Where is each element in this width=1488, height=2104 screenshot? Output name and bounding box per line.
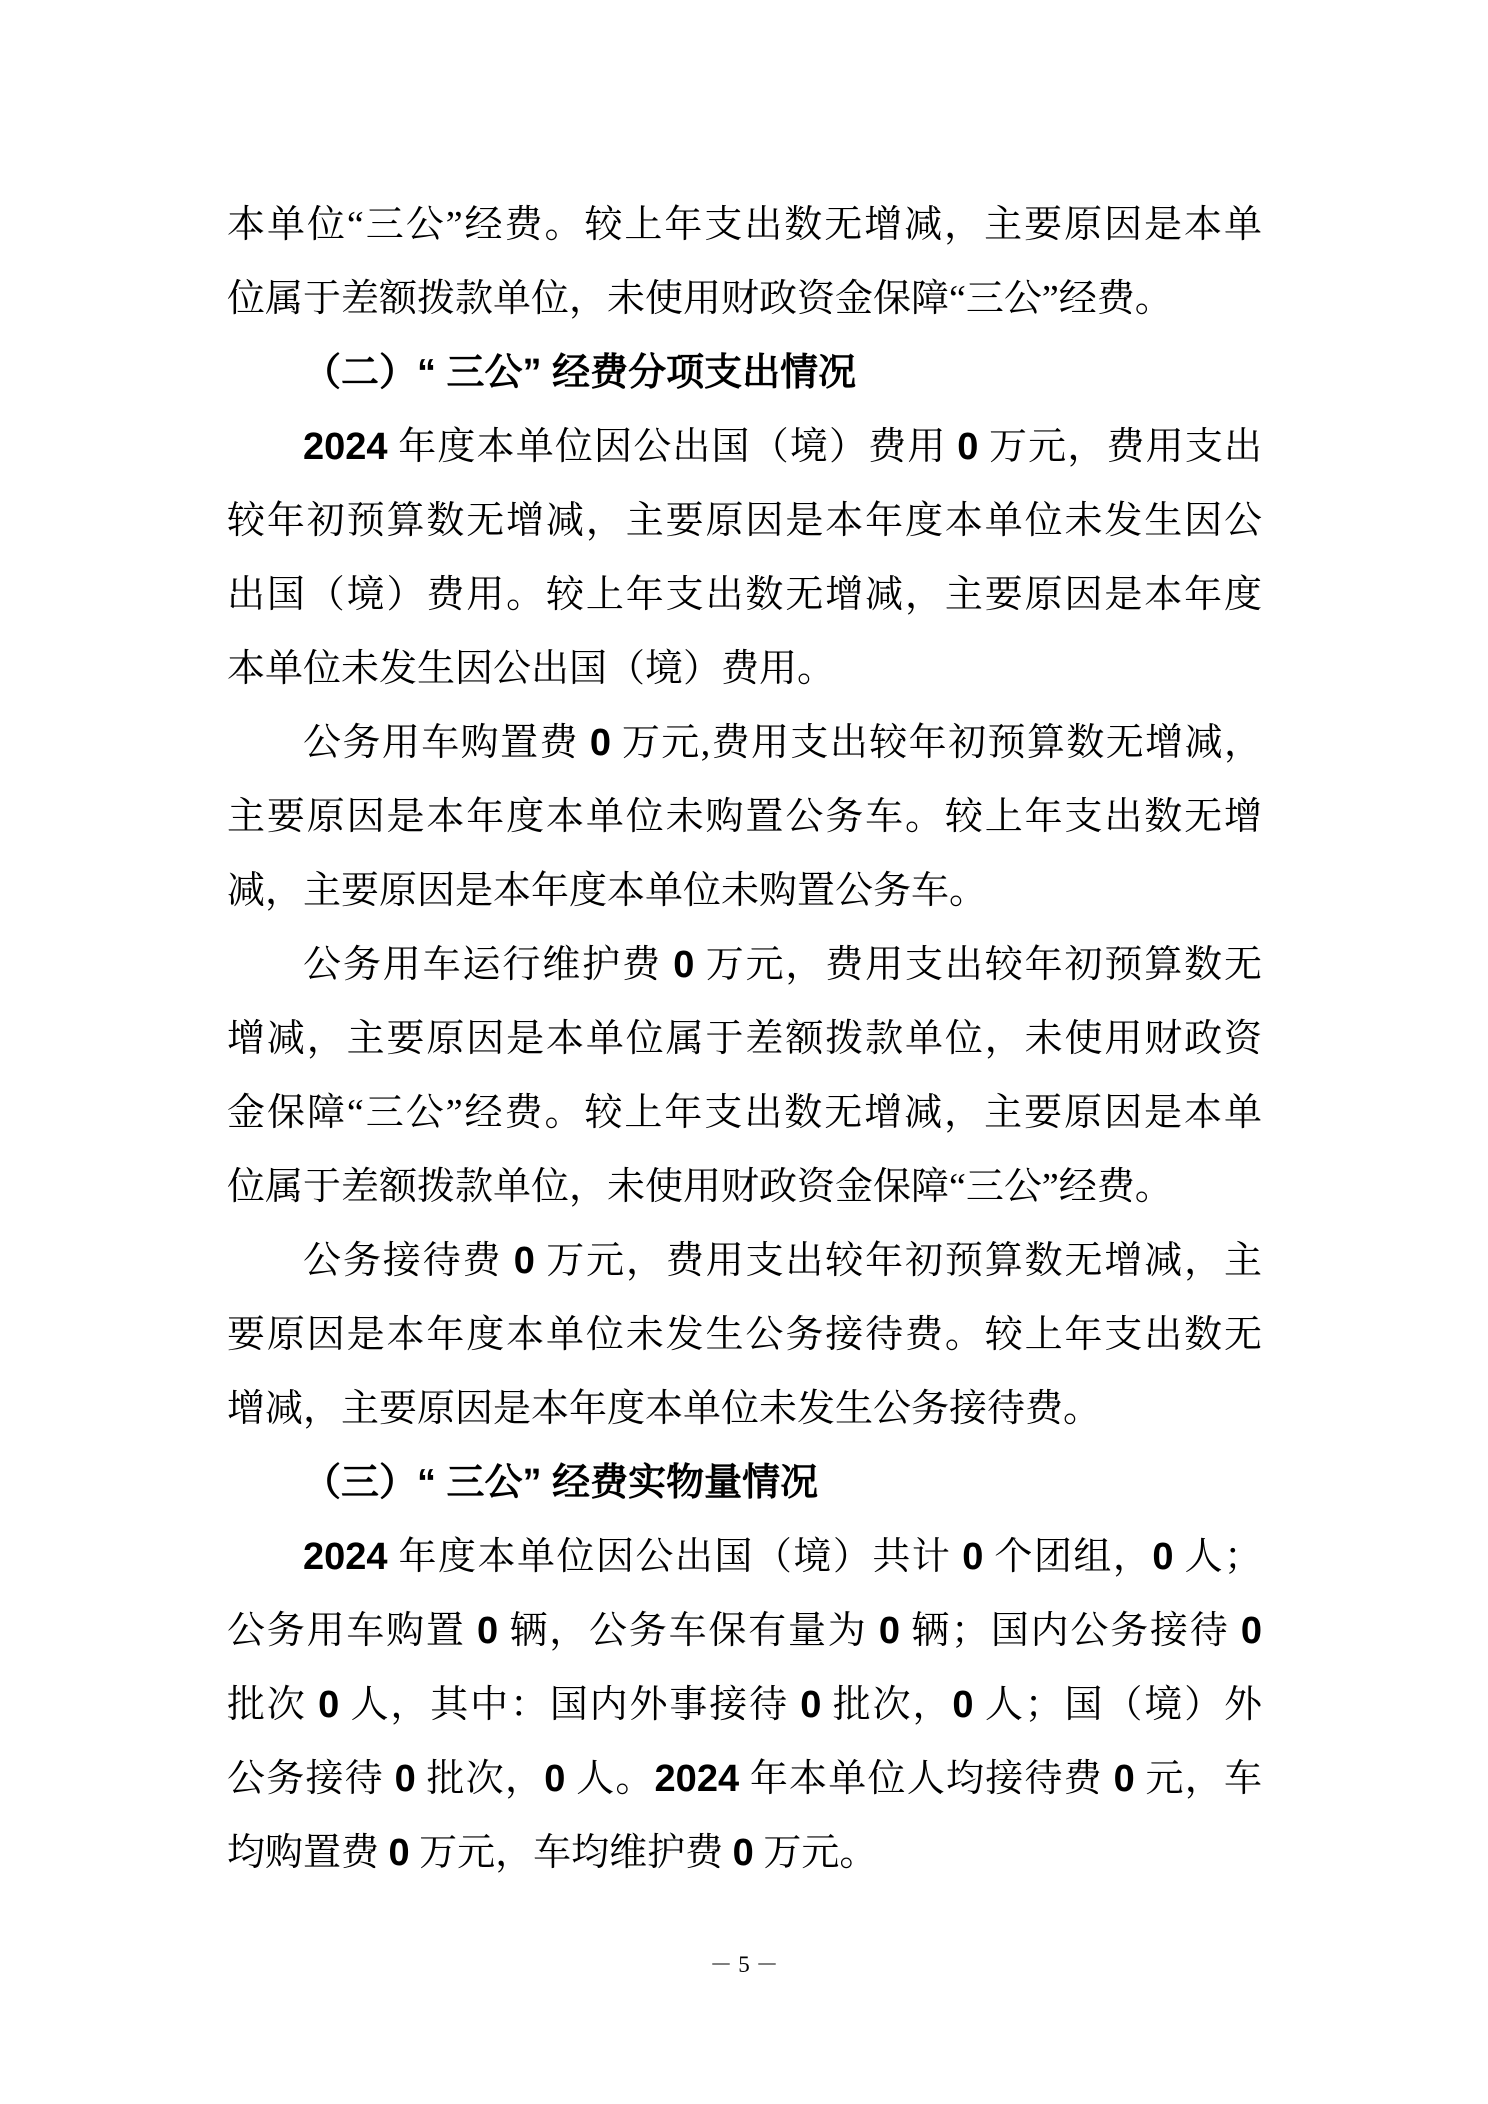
text-line: 较年初预算数无增减，主要原因是本年度本单位未发生因公	[227, 484, 1262, 558]
text-line: 出国（境）费用。较上年支出数无增减，主要原因是本年度	[227, 558, 1262, 632]
text-run: 辆，公务车保有量为	[498, 1610, 879, 1652]
text-run: 万元，费用支出较年初预算数无	[694, 944, 1262, 986]
numeral: 0	[318, 1684, 339, 1726]
text-run: 增减，主要原因是本单位属于差额拨款单位，未使用财政资	[227, 1018, 1262, 1060]
text-run: （二）“ 三公” 经费分项支出情况	[303, 352, 856, 394]
text-run: 万元，费用支出	[978, 426, 1262, 468]
text-line: 2024 年度本单位因公出国（境）费用 0 万元，费用支出	[227, 410, 1262, 484]
text-line: 公务用车购置费 0 万元,费用支出较年初预算数无增减，	[227, 706, 1262, 780]
numeral: 2024	[655, 1758, 740, 1800]
text-run: 公务接待费	[303, 1240, 514, 1282]
text-run: 万元,费用支出较年初预算数无增减，	[611, 722, 1262, 764]
text-line: 增减，主要原因是本单位属于差额拨款单位，未使用财政资	[227, 1002, 1262, 1076]
text-run: 公务用车购置费	[303, 722, 590, 764]
page-footer: － 5 －	[0, 1948, 1488, 1982]
numeral: 0	[514, 1240, 535, 1282]
text-line: 公务接待 0 批次，0 人。2024 年本单位人均接待费 0 元，车	[227, 1742, 1262, 1816]
text-line: 位属于差额拨款单位，未使用财政资金保障“三公”经费。	[227, 262, 1262, 336]
numeral: 0	[590, 722, 611, 764]
text-line: 本单位“三公”经费。较上年支出数无增减，主要原因是本单	[227, 188, 1262, 262]
text-run: 较年初预算数无增减，主要原因是本年度本单位未发生因公	[227, 500, 1262, 542]
text-run: 本单位“三公”经费。较上年支出数无增减，主要原因是本单	[227, 204, 1262, 246]
text-run: 万元，费用支出较年初预算数无增减，主	[535, 1240, 1262, 1282]
numeral: 0	[389, 1832, 410, 1874]
text-line: 批次 0 人，其中：国内外事接待 0 批次，0 人；国（境）外	[227, 1668, 1262, 1742]
text-run: 批次	[227, 1684, 318, 1726]
text-line: 公务用车购置 0 辆，公务车保有量为 0 辆；国内公务接待 0	[227, 1594, 1262, 1668]
text-line: 主要原因是本年度本单位未购置公务车。较上年支出数无增	[227, 780, 1262, 854]
numeral: 2024	[303, 1536, 388, 1578]
numeral: 0	[1152, 1536, 1173, 1578]
section-heading: （三）“ 三公” 经费实物量情况	[227, 1446, 1262, 1520]
numeral: 0	[395, 1758, 416, 1800]
text-block: 本单位“三公”经费。较上年支出数无增减，主要原因是本单位属于差额拨款单位，未使用…	[227, 188, 1262, 1890]
numeral: 0	[544, 1758, 565, 1800]
text-run: 要原因是本年度本单位未发生公务接待费。较上年支出数无	[227, 1314, 1262, 1356]
text-run: 年本单位人均接待费	[739, 1758, 1114, 1800]
document-page: 本单位“三公”经费。较上年支出数无增减，主要原因是本单位属于差额拨款单位，未使用…	[0, 0, 1488, 2104]
text-run: 万元。	[754, 1832, 878, 1874]
text-line: 要原因是本年度本单位未发生公务接待费。较上年支出数无	[227, 1298, 1262, 1372]
text-run: 公务接待	[227, 1758, 395, 1800]
numeral: 0	[1241, 1610, 1262, 1652]
text-run: 位属于差额拨款单位，未使用财政资金保障“三公”经费。	[227, 278, 1173, 320]
text-run: 金保障“三公”经费。较上年支出数无增减，主要原因是本单	[227, 1092, 1262, 1134]
text-run: 年度本单位因公出国（境）共计	[388, 1536, 963, 1578]
numeral: 0	[800, 1684, 821, 1726]
text-run: 辆；国内公务接待	[900, 1610, 1241, 1652]
numeral: 2024	[303, 426, 388, 468]
text-line: 增减，主要原因是本年度本单位未发生公务接待费。	[227, 1372, 1262, 1446]
text-run: 人；	[1174, 1536, 1262, 1578]
text-run: 人，其中：国内外事接待	[339, 1684, 800, 1726]
text-line: 均购置费 0 万元，车均维护费 0 万元。	[227, 1816, 1262, 1890]
numeral: 0	[1114, 1758, 1135, 1800]
text-line: 减，主要原因是本年度本单位未购置公务车。	[227, 854, 1262, 928]
numeral: 0	[733, 1832, 754, 1874]
text-run: 出国（境）费用。较上年支出数无增减，主要原因是本年度	[227, 574, 1262, 616]
text-run: 公务用车购置	[227, 1610, 477, 1652]
text-run: 批次，	[821, 1684, 952, 1726]
text-run: 人。	[565, 1758, 654, 1800]
section-heading: （二）“ 三公” 经费分项支出情况	[227, 336, 1262, 410]
text-run: 个团组，	[983, 1536, 1152, 1578]
text-run: 减，主要原因是本年度本单位未购置公务车。	[227, 870, 987, 912]
text-run: （三）“ 三公” 经费实物量情况	[303, 1462, 818, 1504]
text-run: 位属于差额拨款单位，未使用财政资金保障“三公”经费。	[227, 1166, 1173, 1208]
text-run: 均购置费	[227, 1832, 389, 1874]
page-number: － 5 －	[710, 1952, 779, 1977]
text-run: 批次，	[416, 1758, 544, 1800]
numeral: 0	[962, 1536, 983, 1578]
numeral: 0	[477, 1610, 498, 1652]
text-run: 万元，车均维护费	[410, 1832, 733, 1874]
numeral: 0	[957, 426, 978, 468]
text-run: 元，车	[1135, 1758, 1262, 1800]
text-run: 本单位未发生因公出国（境）费用。	[227, 648, 835, 690]
text-line: 公务用车运行维护费 0 万元，费用支出较年初预算数无	[227, 928, 1262, 1002]
text-line: 2024 年度本单位因公出国（境）共计 0 个团组，0 人；	[227, 1520, 1262, 1594]
numeral: 0	[673, 944, 694, 986]
text-run: 增减，主要原因是本年度本单位未发生公务接待费。	[227, 1388, 1101, 1430]
text-run: 年度本单位因公出国（境）费用	[388, 426, 958, 468]
text-line: 位属于差额拨款单位，未使用财政资金保障“三公”经费。	[227, 1150, 1262, 1224]
text-line: 本单位未发生因公出国（境）费用。	[227, 632, 1262, 706]
text-run: 主要原因是本年度本单位未购置公务车。较上年支出数无增	[227, 796, 1262, 838]
numeral: 0	[879, 1610, 900, 1652]
text-line: 公务接待费 0 万元，费用支出较年初预算数无增减，主	[227, 1224, 1262, 1298]
text-run: 人；国（境）外	[974, 1684, 1262, 1726]
numeral: 0	[952, 1684, 973, 1726]
text-run: 公务用车运行维护费	[303, 944, 673, 986]
text-line: 金保障“三公”经费。较上年支出数无增减，主要原因是本单	[227, 1076, 1262, 1150]
